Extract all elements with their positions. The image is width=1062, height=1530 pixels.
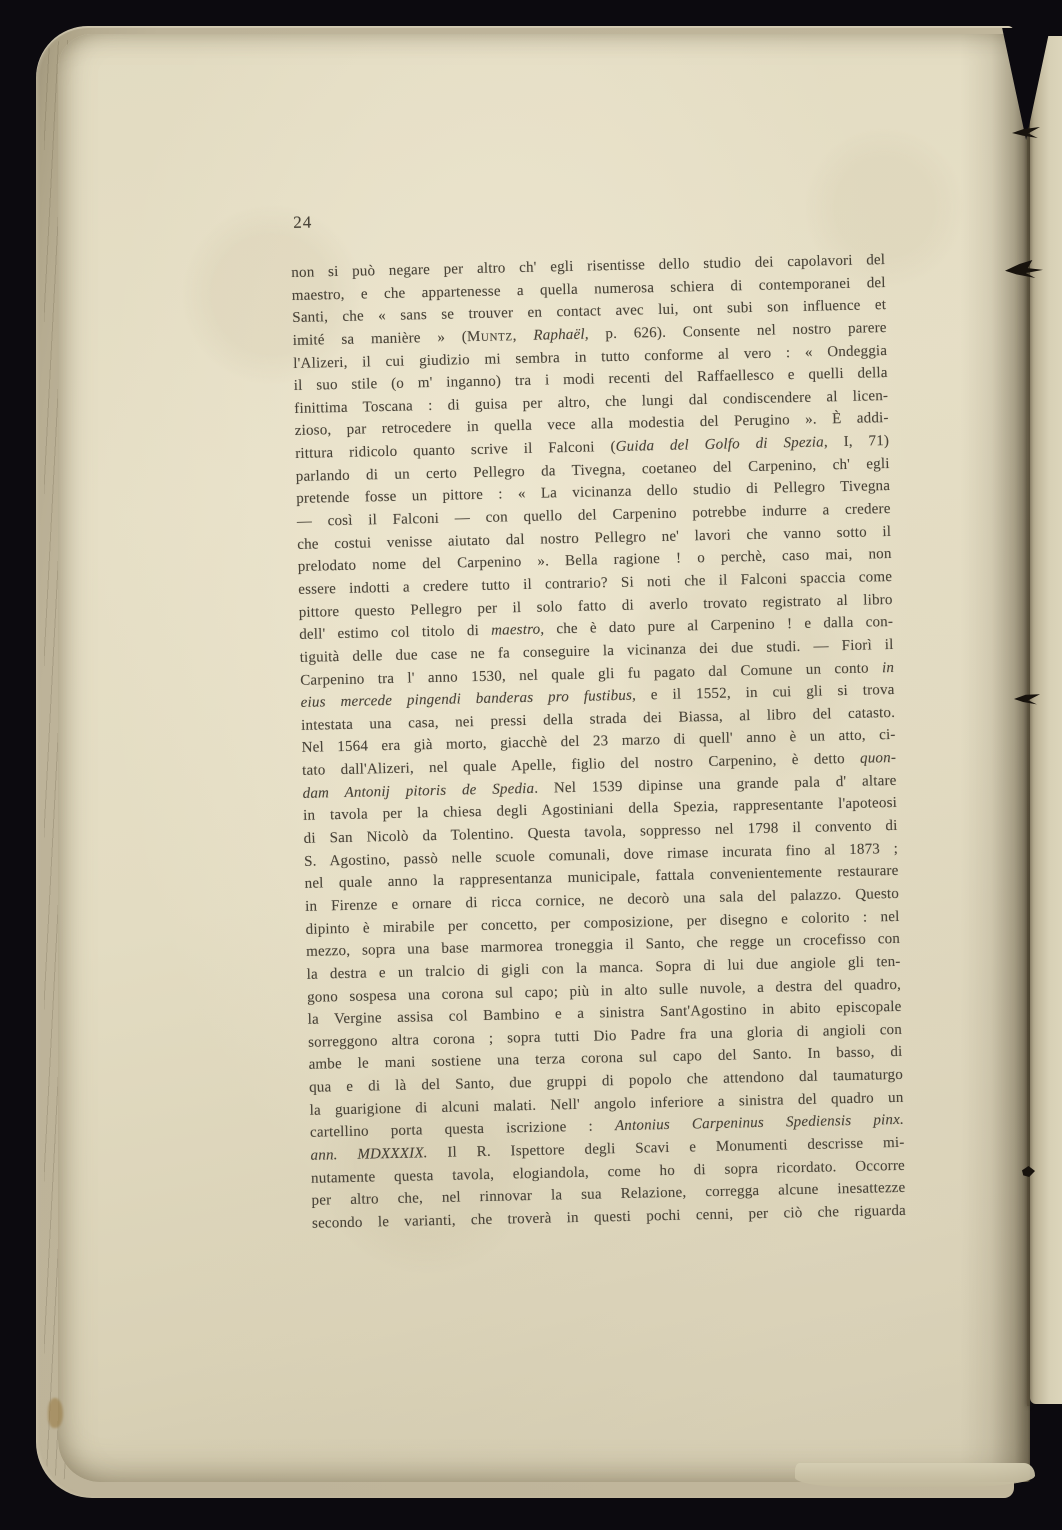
book-photo: 24 non si può negare per altro ch' egli …	[0, 0, 1062, 1530]
paper-smudge	[48, 1398, 63, 1428]
page-content: 24 non si può negare per altro ch' egli …	[290, 199, 906, 1235]
torn-paper-edge	[795, 1463, 1035, 1487]
photo-background: { "document": { "page_number": "24", "li…	[0, 0, 1062, 1530]
gutter-crease	[1027, 34, 1030, 1406]
page-text: non si può negare per altro ch' egli ris…	[291, 249, 906, 1235]
facing-page-sliver	[1030, 36, 1062, 1404]
